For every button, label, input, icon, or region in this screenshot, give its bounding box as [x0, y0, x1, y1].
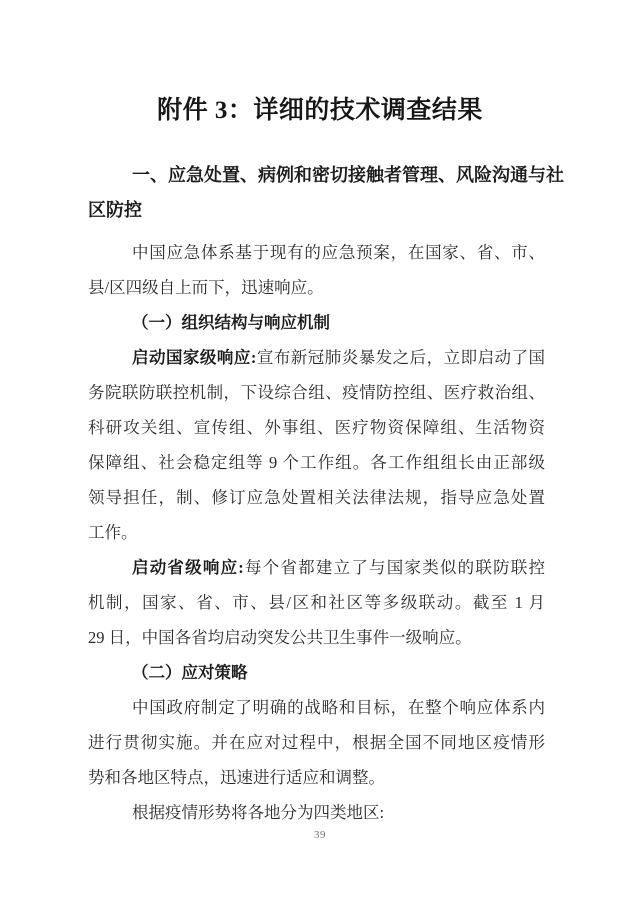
- subsection-heading-line: （一）组织结构与响应机制: [88, 305, 545, 340]
- body-line: 科研攻关组、宣传组、外事组、医疗物资保障组、生活物资: [88, 410, 545, 445]
- text-segment: 县/区四级自上而下，迅速响应。: [88, 278, 324, 297]
- document-page: 附件 3：详细的技术调查结果 一、应急处置、病例和密切接触者管理、风险沟通与社区…: [0, 0, 640, 905]
- body-line: 中国应急体系基于现有的应急预案，在国家、省、市、: [88, 235, 545, 270]
- text-segment: 保障组、社会稳定组等 9 个工作组。各工作组组长由正部级: [88, 453, 545, 472]
- text-segment: 势和各地区特点，迅速进行适应和调整。: [88, 768, 385, 787]
- text-segment: 29 日，中国各省均启动突发公共卫生事件一级响应。: [88, 628, 472, 647]
- text-segment: 中国应急体系基于现有的应急预案，在国家、省、市、: [132, 243, 545, 262]
- body-line: 领导担任，制、修订应急处置相关法律法规，指导应急处置: [88, 480, 545, 515]
- text-segment: 科研攻关组、宣传组、外事组、医疗物资保障组、生活物资: [88, 418, 545, 437]
- bold-text-segment: 启动国家级响应:: [132, 348, 256, 367]
- body-line: 29 日，中国各省均启动突发公共卫生事件一级响应。: [88, 620, 545, 655]
- text-segment: 机制，国家、省、市、县/区和社区等多级联动。截至 1 月: [88, 593, 545, 612]
- body-line: 县/区四级自上而下，迅速响应。: [88, 270, 545, 305]
- text-segment: 宣布新冠肺炎暴发之后，立即启动了国: [256, 348, 545, 367]
- body-line: 根据疫情形势将各地分为四类地区:: [88, 795, 545, 830]
- text-segment: 务院联防联控机制，下设综合组、疫情防控组、医疗救治组、: [88, 383, 545, 402]
- text-segment: 根据疫情形势将各地分为四类地区:: [132, 803, 384, 822]
- body-line: 进行贯彻实施。并在应对过程中，根据全国不同地区疫情形: [88, 725, 545, 760]
- document-title: 附件 3：详细的技术调查结果: [0, 95, 640, 127]
- body-line: 务院联防联控机制，下设综合组、疫情防控组、医疗救治组、: [88, 375, 545, 410]
- bold-text-segment: （二）应对策略: [132, 663, 248, 682]
- body-line: 启动省级响应:每个省都建立了与国家类似的联防联控: [88, 550, 545, 585]
- body-line: 工作。: [88, 515, 545, 550]
- body-line: 中国政府制定了明确的战略和目标，在整个响应体系内: [88, 690, 545, 725]
- text-segment: 领导担任，制、修订应急处置相关法律法规，指导应急处置: [88, 488, 545, 507]
- text-segment: 进行贯彻实施。并在应对过程中，根据全国不同地区疫情形: [88, 733, 545, 752]
- text-segment: 中国政府制定了明确的战略和目标，在整个响应体系内: [132, 698, 545, 717]
- document-body: 一、应急处置、病例和密切接触者管理、风险沟通与社区防控中国应急体系基于现有的应急…: [88, 158, 545, 830]
- body-line: 启动国家级响应:宣布新冠肺炎暴发之后，立即启动了国: [88, 340, 545, 375]
- body-line: 保障组、社会稳定组等 9 个工作组。各工作组组长由正部级: [88, 445, 545, 480]
- body-line: 势和各地区特点，迅速进行适应和调整。: [88, 760, 545, 795]
- text-segment: 工作。: [88, 523, 138, 542]
- subsection-heading-line: （二）应对策略: [88, 655, 545, 690]
- page-number: 39: [0, 829, 640, 841]
- text-segment: 每个省都建立了与国家类似的联防联控: [244, 558, 545, 577]
- bold-text-segment: 区防控: [88, 200, 142, 220]
- section-heading-line: 一、应急处置、病例和密切接触者管理、风险沟通与社: [88, 158, 545, 193]
- section-heading-line: 区防控: [88, 193, 545, 228]
- bold-text-segment: 启动省级响应:: [132, 558, 244, 577]
- bold-text-segment: 一、应急处置、病例和密切接触者管理、风险沟通与社: [132, 165, 564, 185]
- bold-text-segment: （一）组织结构与响应机制: [132, 313, 330, 332]
- body-line: 机制，国家、省、市、县/区和社区等多级联动。截至 1 月: [88, 585, 545, 620]
